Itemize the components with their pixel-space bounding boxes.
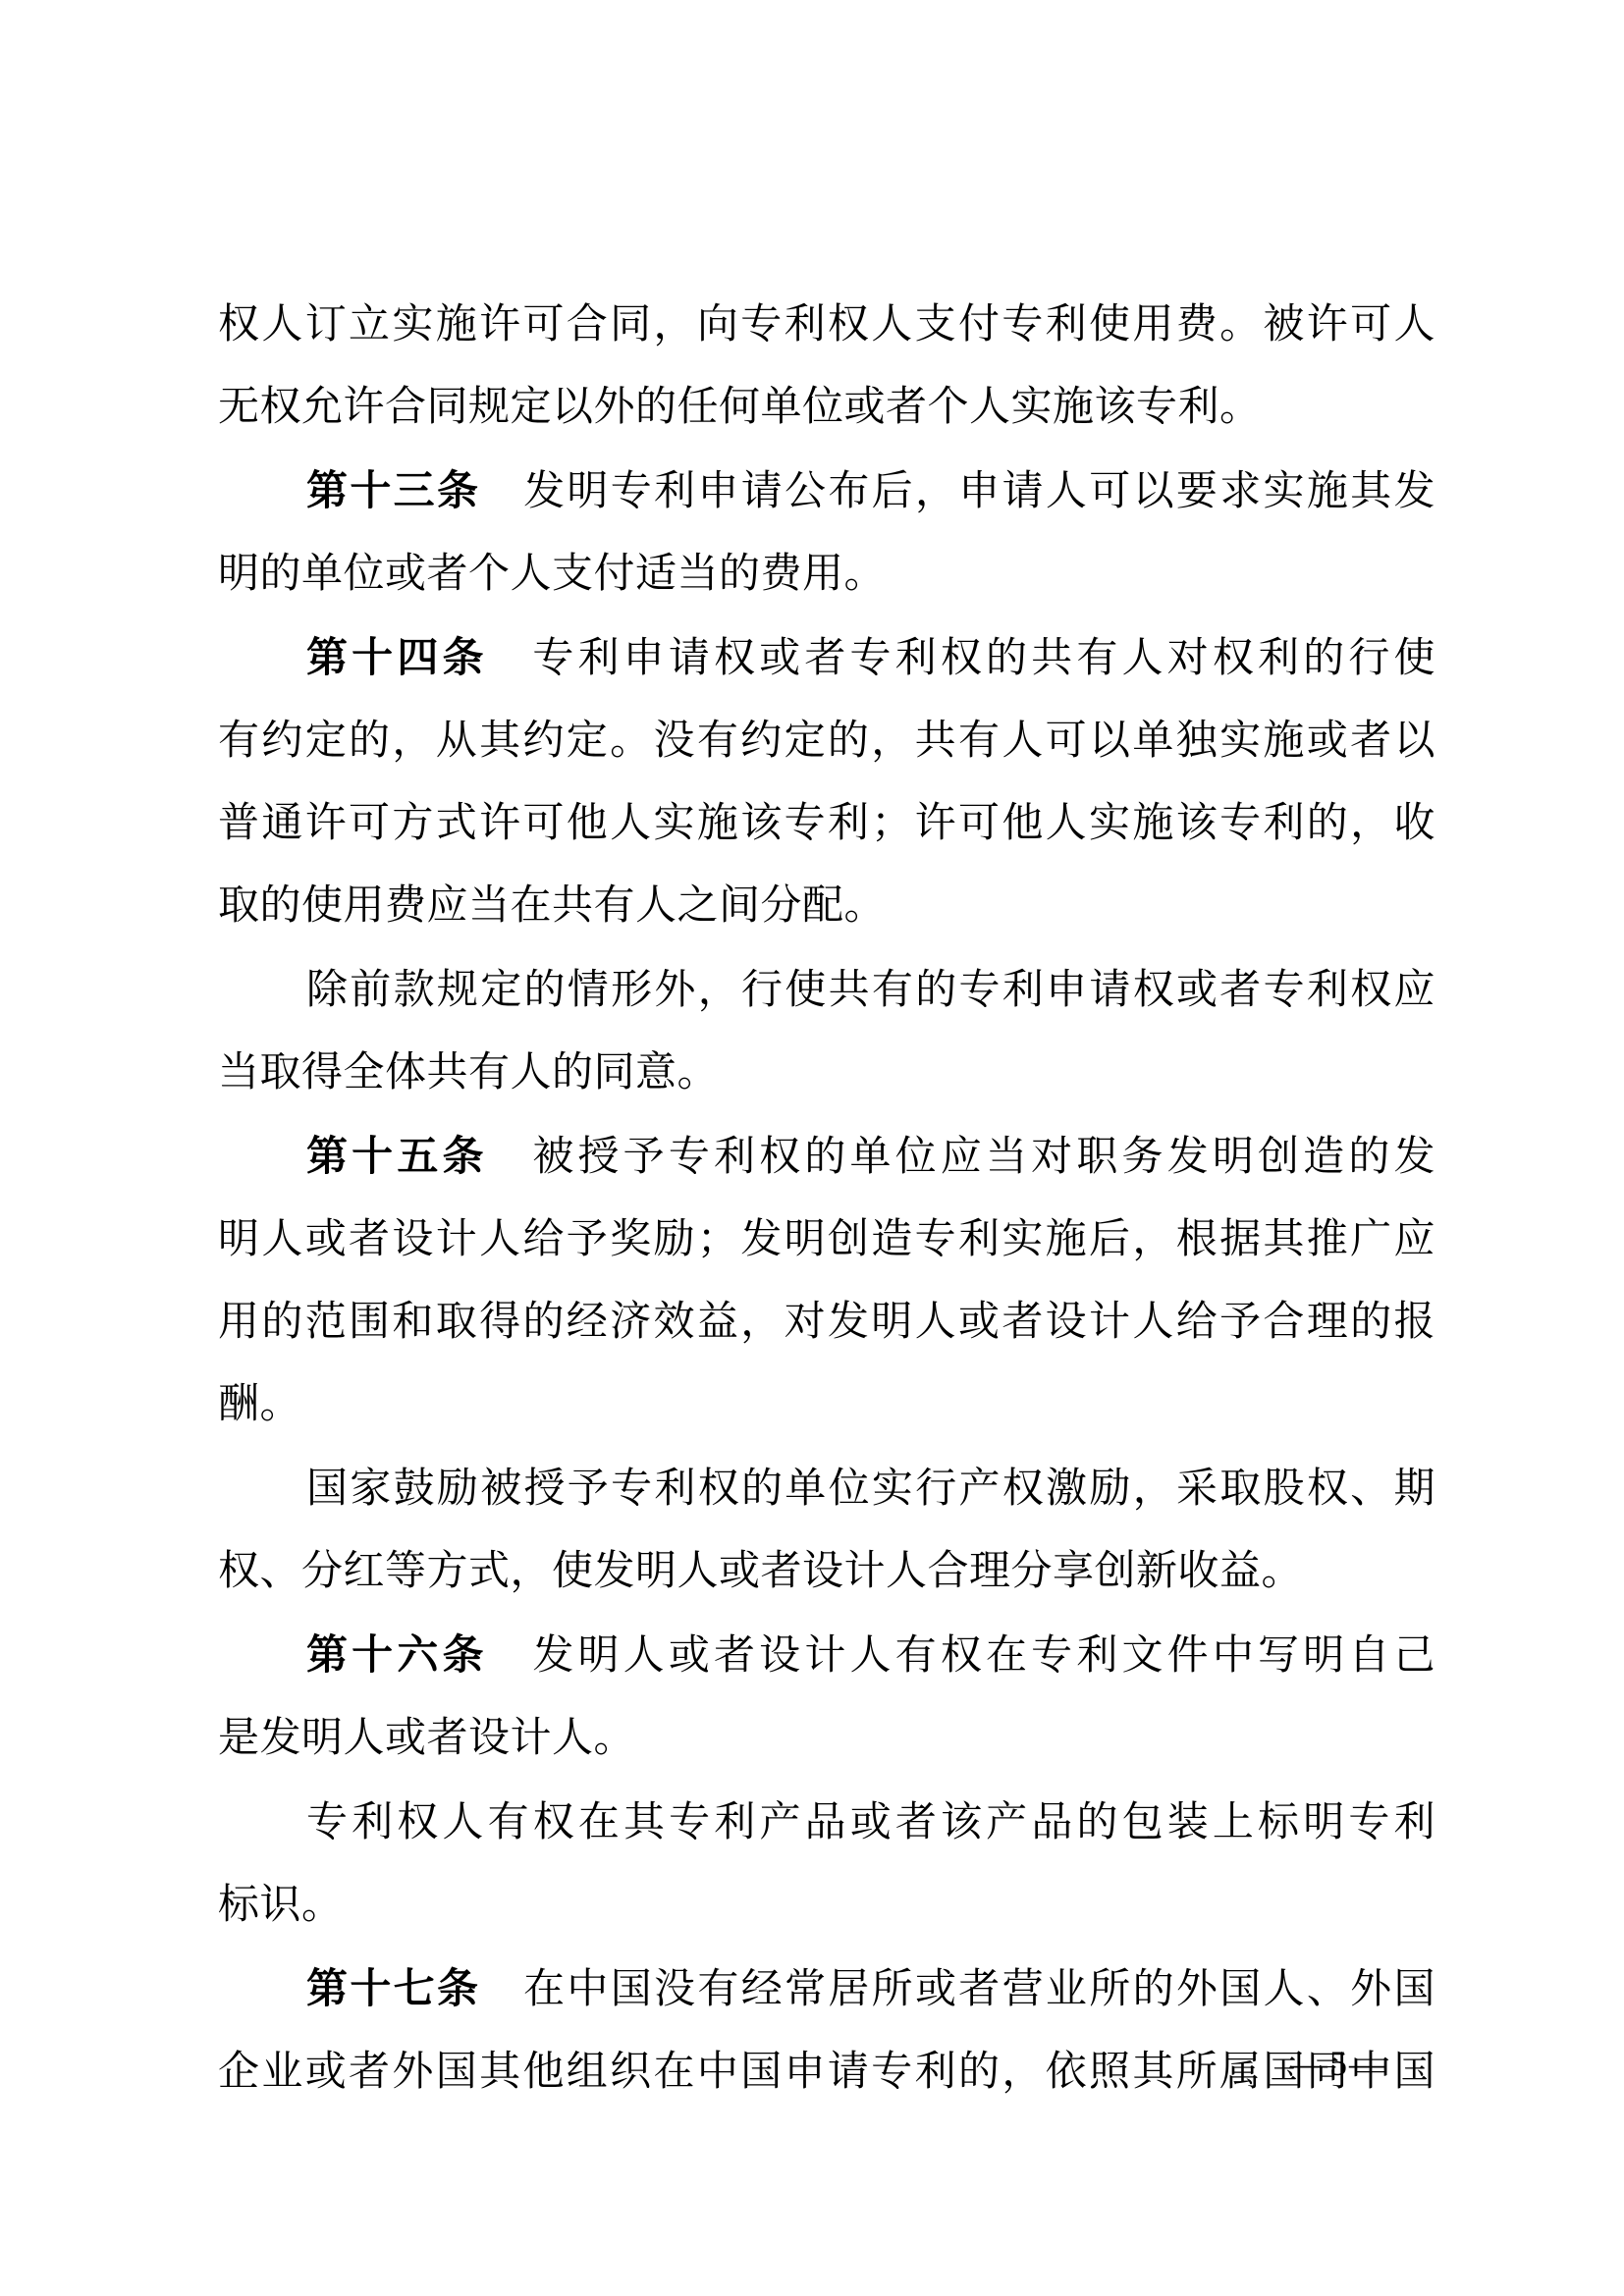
- text-line: 是发明人或者设计人。: [218, 1698, 635, 1777]
- text-line: 权、分红等方式，使发明人或者设计人合理分享创新收益。: [218, 1531, 1303, 1610]
- text-line: 明人或者设计人给予奖励；发明创造专利实施后，根据其推广应: [218, 1200, 1435, 1278]
- article-first-line: 第十三条发明专利申请公布后，申请人可以要求实施其发: [306, 452, 1435, 530]
- line-text: 明人或者设计人给予奖励；发明创造专利实施后，根据其推广应: [218, 1214, 1435, 1262]
- line-text: 是发明人或者设计人。: [218, 1713, 635, 1761]
- text-line: 专利权人有权在其专利产品或者该产品的包装上标明专利: [306, 1783, 1435, 1861]
- line-text: 标识。: [218, 1880, 344, 1928]
- text-line: 有约定的，从其约定。没有约定的，共有人可以单独实施或者以: [218, 701, 1435, 779]
- line-text: 权、分红等方式，使发明人或者设计人合理分享创新收益。: [218, 1546, 1303, 1594]
- text-line: 国家鼓励被授予专利权的单位实行产权激励，采取股权、期: [306, 1449, 1435, 1527]
- line-text: 酬。: [218, 1379, 301, 1427]
- line-text: 专利申请权或者专利权的共有人对权利的行使: [529, 633, 1435, 681]
- text-line: 用的范围和取得的经济效益，对发明人或者设计人给予合理的报: [218, 1282, 1435, 1361]
- page-number: —5—: [1292, 2034, 1386, 2093]
- article-first-line: 第十七条在中国没有经常居所或者营业所的外国人、外国: [306, 1949, 1435, 2028]
- line-text: 被授予专利权的单位应当对职务发明创造的发: [529, 1132, 1435, 1180]
- line-text: 用的范围和取得的经济效益，对发明人或者设计人给予合理的报: [218, 1297, 1435, 1345]
- article-number: 第十四条: [306, 633, 488, 681]
- line-text: 发明专利申请公布后，申请人可以要求实施其发: [521, 466, 1435, 514]
- text-line: 企业或者外国其他组织在中国申请专利的，依照其所属国同中国: [218, 2032, 1435, 2110]
- article-number: 第十六条: [306, 1630, 488, 1679]
- line-text: 企业或者外国其他组织在中国申请专利的，依照其所属国同中国: [218, 2047, 1435, 2095]
- line-text: 取的使用费应当在共有人之间分配。: [218, 881, 886, 929]
- line-text: 明的单位或者个人支付适当的费用。: [218, 549, 886, 597]
- text-line: 明的单位或者个人支付适当的费用。: [218, 534, 886, 613]
- article-first-line: 第十五条被授予专利权的单位应当对职务发明创造的发: [306, 1117, 1435, 1196]
- text-line: 取的使用费应当在共有人之间分配。: [218, 866, 886, 944]
- line-text: 权人订立实施许可合同，向专利权人支付专利使用费。被许可人: [218, 299, 1435, 347]
- line-text: 普通许可方式许可他人实施该专利；许可他人实施该专利的，收: [218, 798, 1435, 846]
- text-line: 当取得全体共有人的同意。: [218, 1033, 719, 1111]
- line-text: 专利权人有权在其专利产品或者该产品的包装上标明专利: [306, 1797, 1435, 1845]
- text-line: 无权允许合同规定以外的任何单位或者个人实施该专利。: [218, 367, 1262, 446]
- line-text: 当取得全体共有人的同意。: [218, 1047, 719, 1095]
- line-text: 发明人或者设计人有权在专利文件中写明自己: [529, 1630, 1435, 1679]
- article-first-line: 第十六条发明人或者设计人有权在专利文件中写明自己: [306, 1616, 1435, 1694]
- line-text: 除前款规定的情形外，行使共有的专利申请权或者专利权应: [306, 965, 1435, 1013]
- line-text: 无权允许合同规定以外的任何单位或者个人实施该专利。: [218, 382, 1262, 430]
- article-number: 第十七条: [306, 1964, 480, 2012]
- text-line: 酬。: [218, 1364, 301, 1443]
- text-line: 权人订立实施许可合同，向专利权人支付专利使用费。被许可人: [218, 285, 1435, 363]
- article-first-line: 第十四条专利申请权或者专利权的共有人对权利的行使: [306, 618, 1435, 697]
- line-text: 国家鼓励被授予专利权的单位实行产权激励，采取股权、期: [306, 1464, 1435, 1512]
- line-text: 在中国没有经常居所或者营业所的外国人、外国: [521, 1964, 1435, 2012]
- line-text: 有约定的，从其约定。没有约定的，共有人可以单独实施或者以: [218, 716, 1435, 764]
- article-number: 第十三条: [306, 466, 480, 514]
- article-number: 第十五条: [306, 1132, 488, 1180]
- text-line: 普通许可方式许可他人实施该专利；许可他人实施该专利的，收: [218, 783, 1435, 862]
- text-line: 标识。: [218, 1865, 344, 1944]
- text-line: 除前款规定的情形外，行使共有的专利申请权或者专利权应: [306, 950, 1435, 1029]
